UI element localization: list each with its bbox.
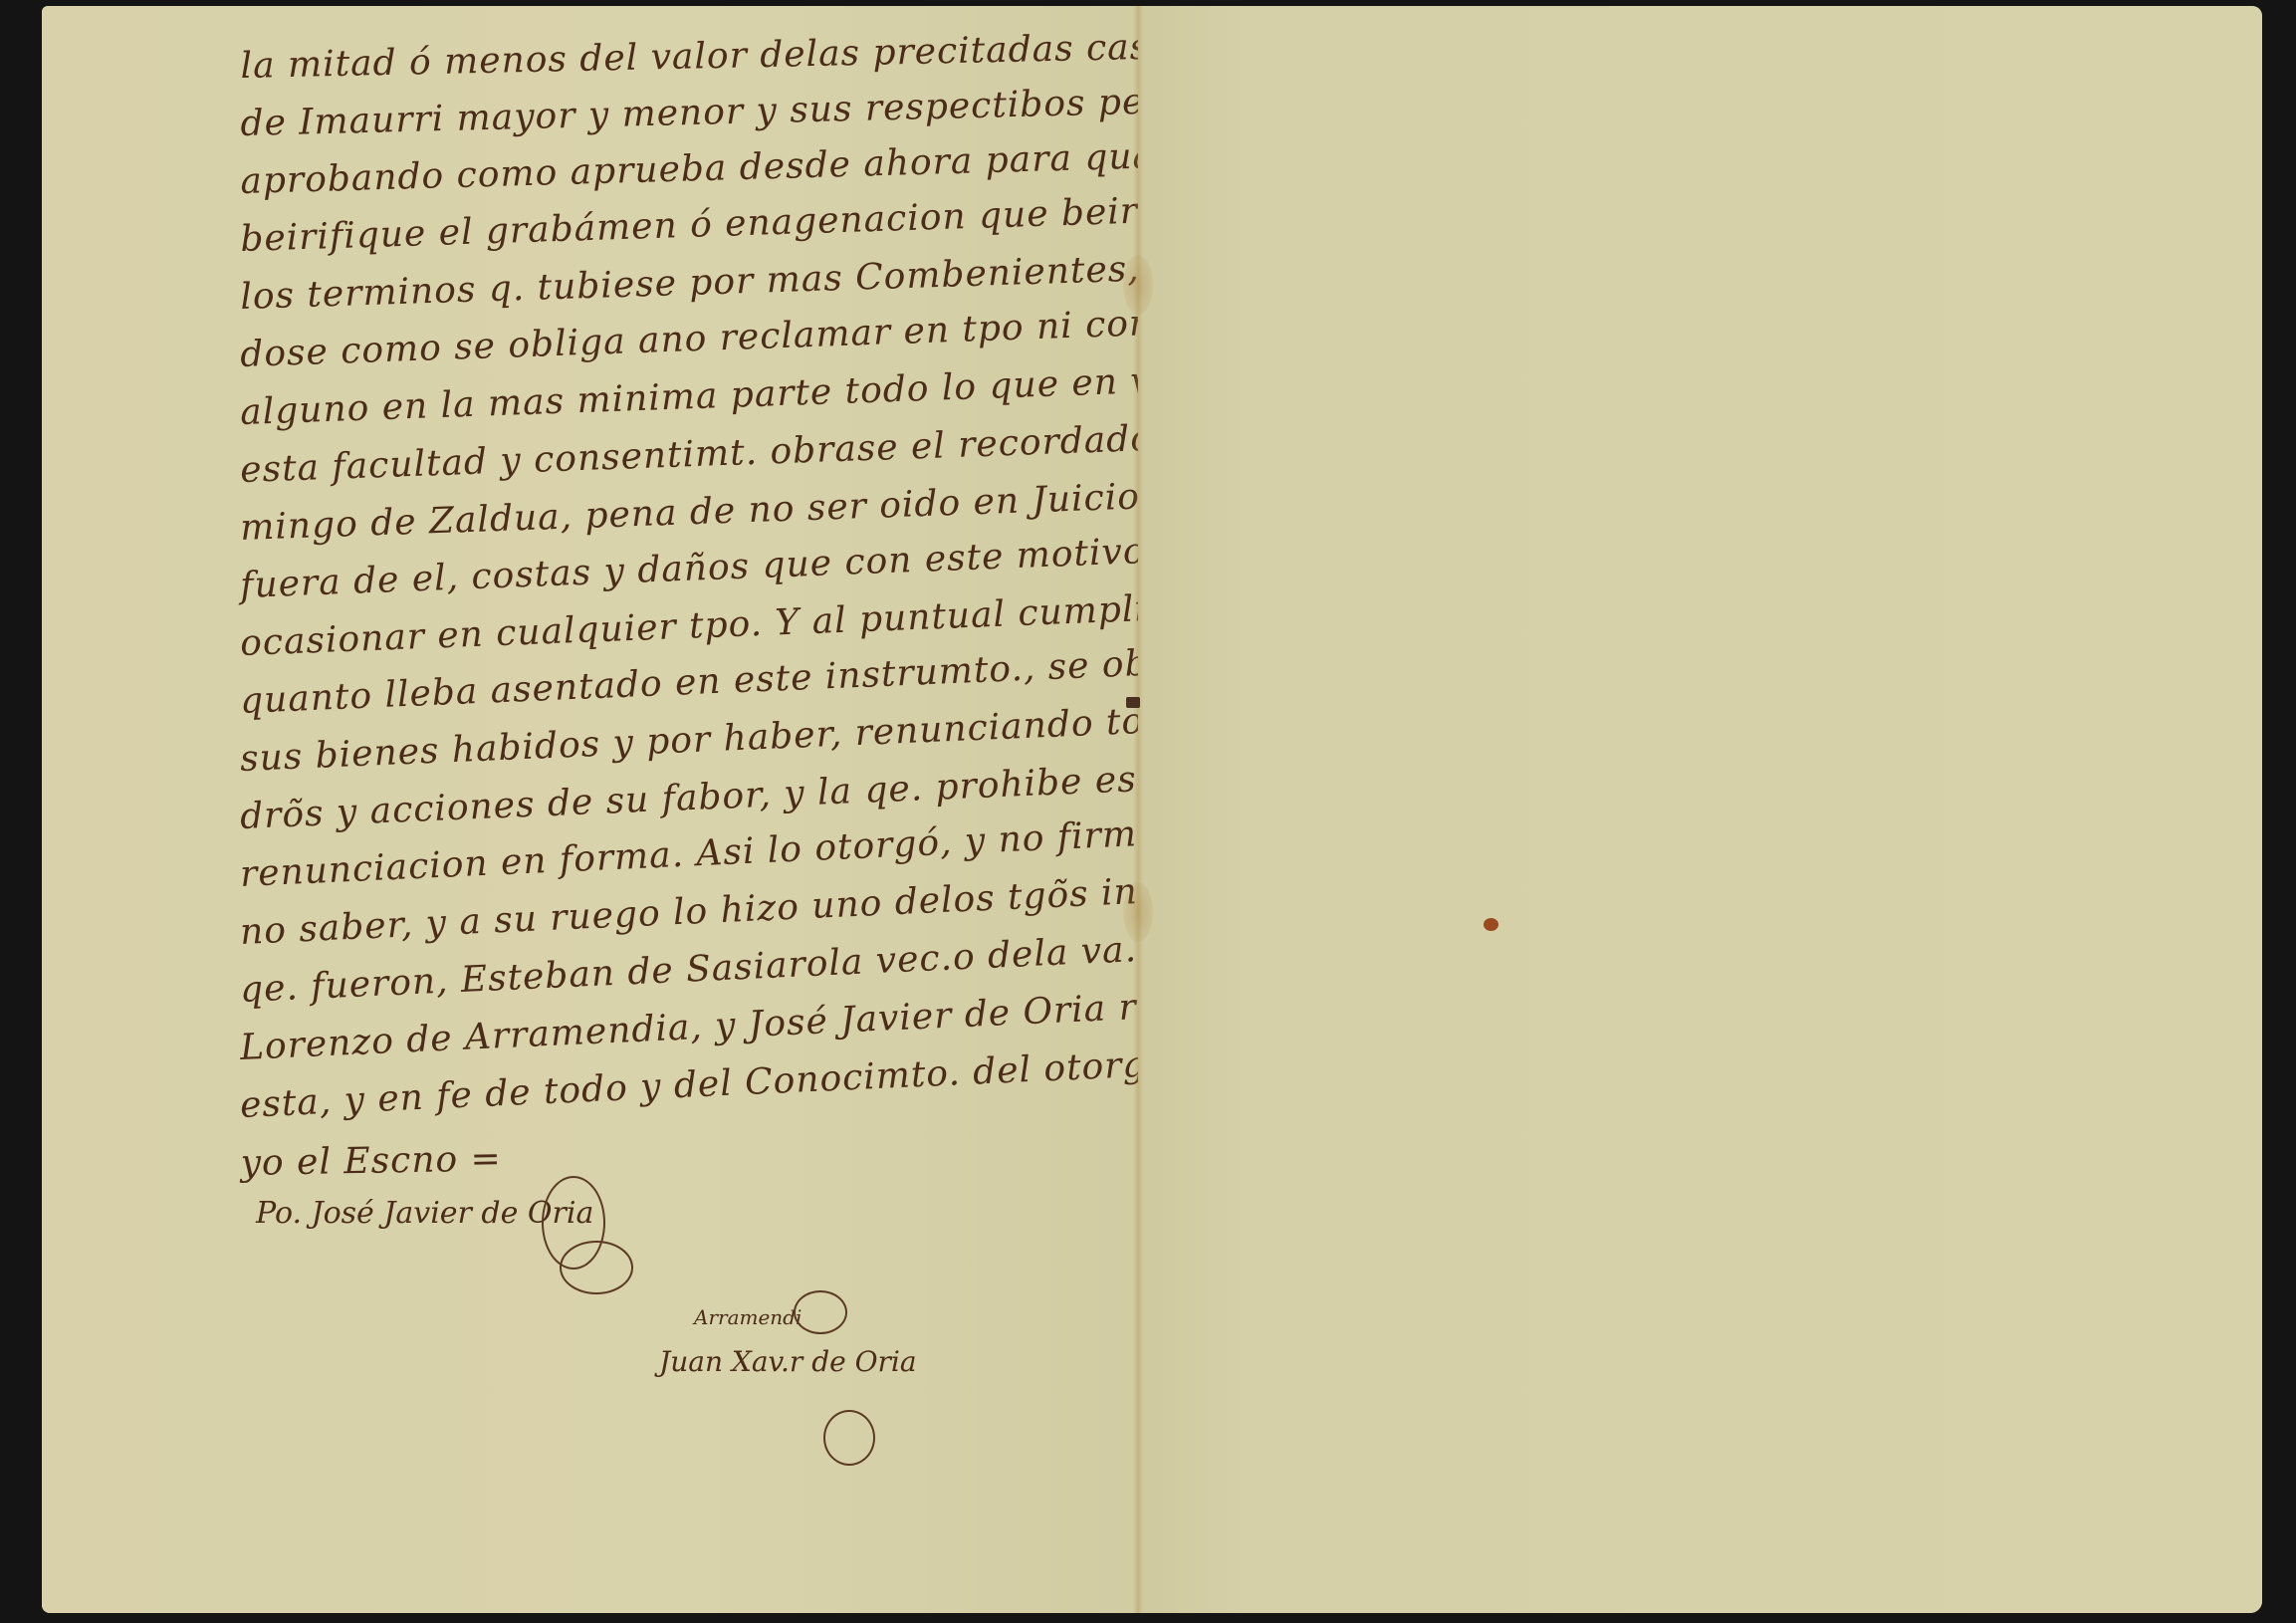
left-page: la mitad ó menos del valor delas precita… <box>42 6 1138 1613</box>
center-fold <box>1133 6 1143 1613</box>
fold-stain <box>1123 882 1153 942</box>
text-line: la mitad ó menos del valor delas precita… <box>240 25 1244 87</box>
ink-blot-mark <box>1126 697 1140 708</box>
manuscript-spread: la mitad ó menos del valor delas precita… <box>42 6 2262 1613</box>
signature-juan-xavier-de-oria: Juan Xav.r de Oria <box>659 1345 917 1378</box>
right-page-blank <box>1138 6 2262 1613</box>
rubric-flourish-icon <box>794 1290 847 1334</box>
rust-spot <box>1484 918 1498 931</box>
text-line: yo el Escno = <box>240 1138 502 1184</box>
signature-superscript: Arramendi <box>694 1305 802 1329</box>
rubric-flourish-icon <box>823 1410 875 1466</box>
fold-stain <box>1123 255 1153 315</box>
rubric-flourish-icon <box>560 1241 633 1294</box>
